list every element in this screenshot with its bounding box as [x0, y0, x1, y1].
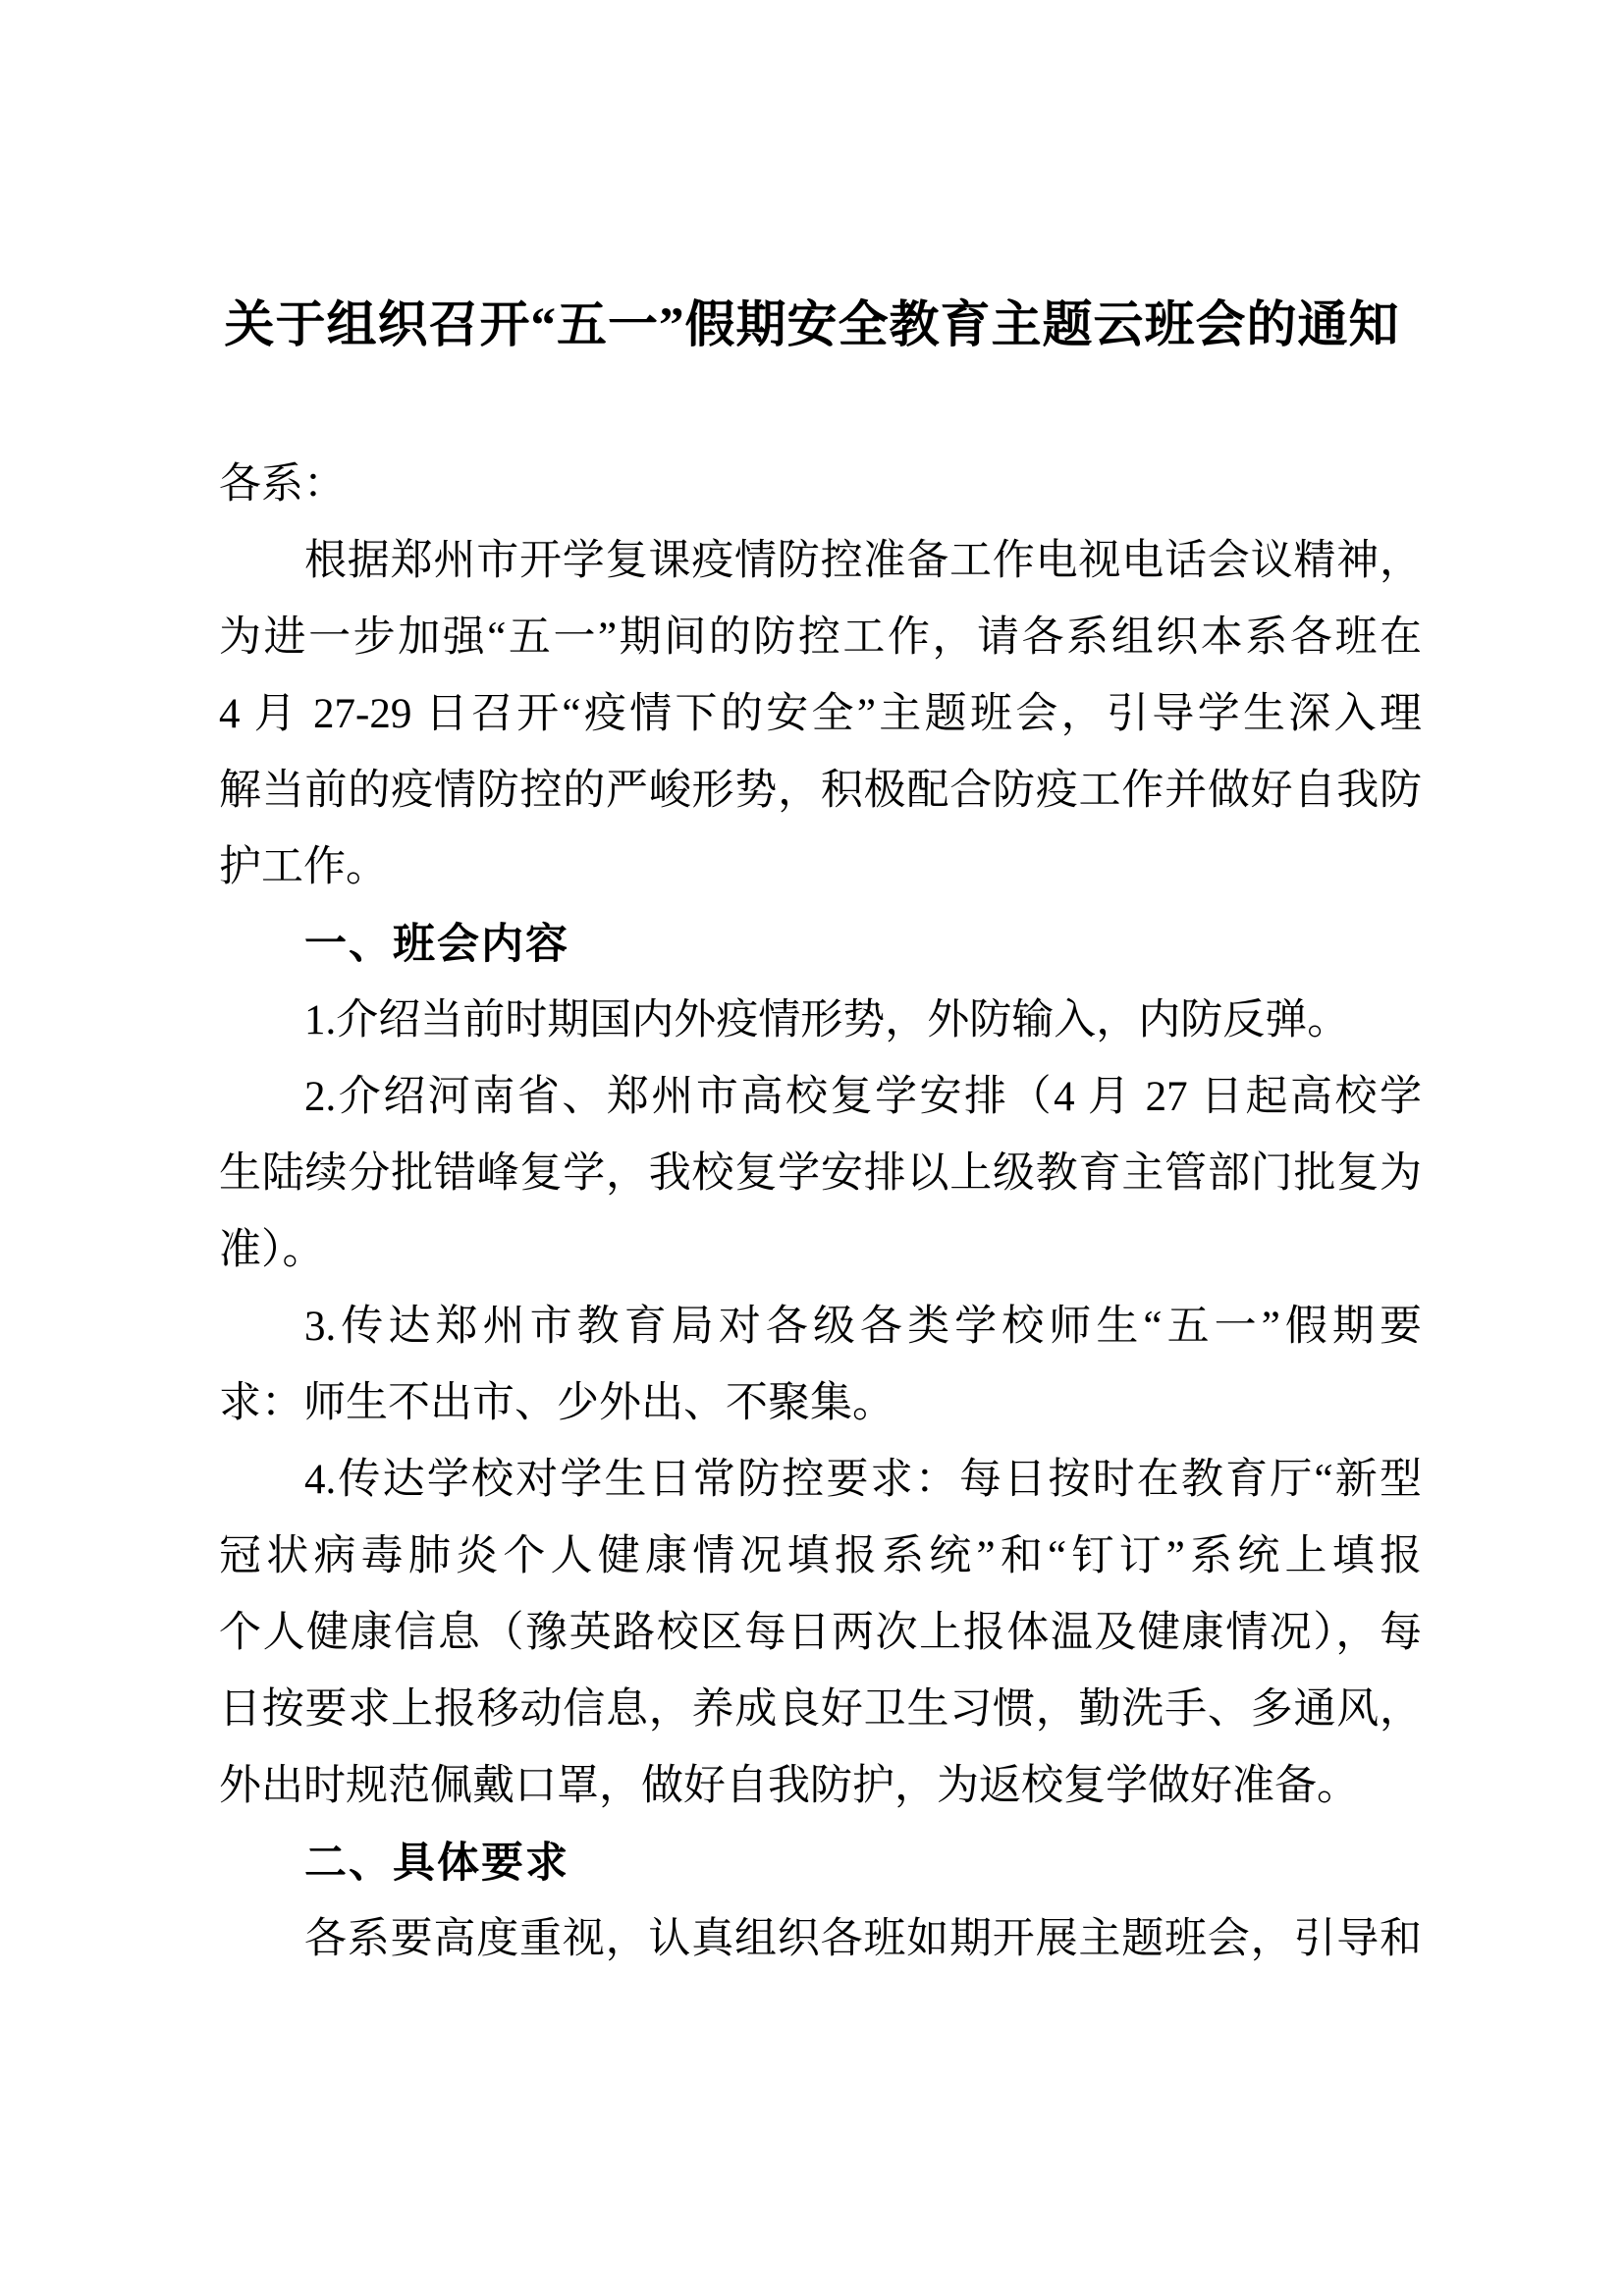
document-title: 关于组织召开“五一”假期安全教育主题云班会的通知 [0, 296, 1624, 355]
section1-item2-line: 生陆续分批错峰复学，我校复学安排以上级教育主管部门批复为 [219, 1136, 1422, 1212]
section2-heading: 二、具体要求 [219, 1825, 1422, 1901]
section1-item4-line: 个人健康信息（豫英路校区每日两次上报体温及健康情况），每 [219, 1595, 1422, 1672]
section1-item2-line: 准）。 [219, 1212, 1422, 1289]
intro-paragraph-line: 护工作。 [219, 829, 1422, 906]
intro-paragraph-line: 根据郑州市开学复课疫情防控准备工作电视电话会议精神， [219, 523, 1422, 600]
intro-paragraph-line: 解当前的疫情防控的严峻形势，积极配合防疫工作并做好自我防 [219, 753, 1422, 829]
section1-item2-line: 2.介绍河南省、郑州市高校复学安排（4 月 27 日起高校学 [219, 1059, 1422, 1136]
section1-item4-line: 外出时规范佩戴口罩，做好自我防护，为返校复学做好准备。 [219, 1748, 1422, 1825]
document-page: 关于组织召开“五一”假期安全教育主题云班会的通知 各系： 根据郑州市开学复课疫情… [0, 0, 1624, 2296]
salutation-line: 各系： [219, 447, 1422, 523]
section1-item4-line: 4.传达学校对学生日常防控要求：每日按时在教育厅“新型 [219, 1442, 1422, 1519]
section2-body-line: 各系要高度重视，认真组织各班如期开展主题班会，引导和 [219, 1901, 1422, 1978]
document-body: 各系： 根据郑州市开学复课疫情防控准备工作电视电话会议精神， 为进一步加强“五一… [219, 447, 1422, 1978]
section1-item3-line: 求：师生不出市、少外出、不聚集。 [219, 1365, 1422, 1442]
intro-paragraph-line: 4 月 27-29 日召开“疫情下的安全”主题班会，引导学生深入理 [219, 676, 1422, 753]
section1-heading: 一、班会内容 [219, 906, 1422, 983]
section1-item1-line: 1.介绍当前时期国内外疫情形势，外防输入，内防反弹。 [219, 983, 1422, 1059]
section1-item4-line: 冠状病毒肺炎个人健康情况填报系统”和“钉订”系统上填报 [219, 1519, 1422, 1595]
section1-item4-line: 日按要求上报移动信息，养成良好卫生习惯，勤洗手、多通风， [219, 1672, 1422, 1748]
intro-paragraph-line: 为进一步加强“五一”期间的防控工作，请各系组织本系各班在 [219, 600, 1422, 676]
section1-item3-line: 3.传达郑州市教育局对各级各类学校师生“五一”假期要 [219, 1289, 1422, 1365]
